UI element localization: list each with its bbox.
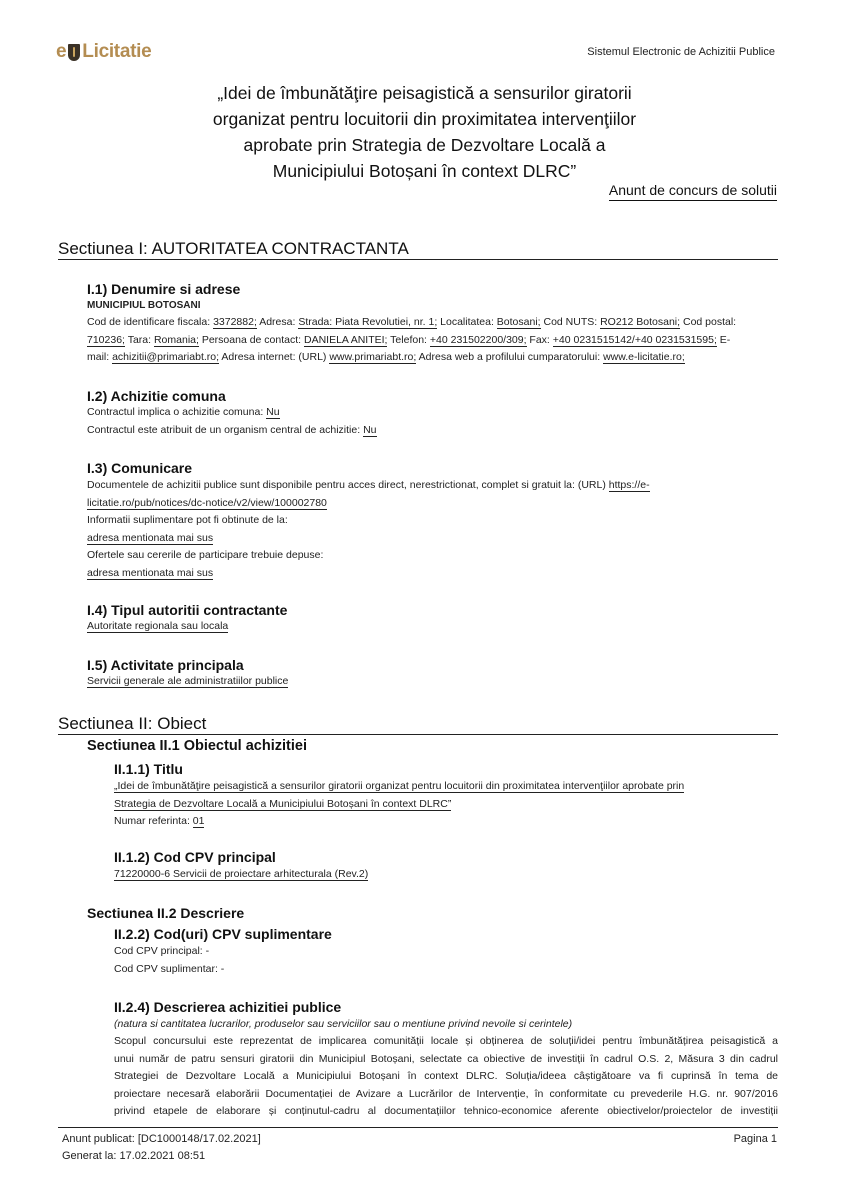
published-info: Anunt publicat: [DC1000148/17.02.2021] [62,1133,261,1145]
offers-label: Ofertele sau cererile de participare tre… [87,547,650,565]
section-2-1-title: Sectiunea II.1 Obiectul achizitiei [87,737,307,755]
authority-type: Autoritate regionala sau locala [87,620,228,633]
info-label: Informatii suplimentare pot fi obtinute … [87,512,650,530]
page-number: Pagina 1 [734,1133,777,1145]
joint-procurement: Contractul implica o achizitie comuna: N… [87,404,377,439]
joint-value: Nu [266,406,279,419]
fax-value: +40 0231515142/+40 0231531595; [553,334,717,347]
locality-label: Localitatea: [437,316,497,328]
system-title: Sistemul Electronic de Achizitii Publice [587,46,775,58]
email-link[interactable]: achizitii@primariabt.ro; [112,351,219,364]
ii24-heading: II.2.4) Descrierea achizitiei publice [114,998,341,1016]
address-value: Strada: Piata Revolutiei, nr. 1; [298,316,437,329]
central-value: Nu [363,424,376,437]
nuts-label: Cod NUTS: [541,316,601,328]
footer-divider [58,1127,778,1128]
locality-value: Botosani; [497,316,541,329]
address-label: Adresa: [257,316,298,328]
docs-label: Documentele de achizitii publice sunt di… [87,479,609,491]
logo-text: Licitatie [82,41,151,63]
i3-heading: I.3) Comunicare [87,459,192,477]
description-line: privind etapele de elaborare și conținut… [114,1103,778,1121]
ii11-heading: II.1.1) Titlu [114,760,183,778]
description-line: proiectare necesară elaborării Documenta… [114,1086,778,1104]
internet-link[interactable]: www.primariabt.ro; [329,351,416,364]
buyer-profile-link[interactable]: www.e-licitatie.ro; [603,351,685,364]
title-line: „Idei de îmbunătăţire peisagistică a sen… [0,80,849,106]
email-label: mail: [87,351,112,363]
cpv-supplementary: Cod CPV suplimentar: - [114,961,224,979]
phone-value: +40 231502200/309; [430,334,527,347]
fiscal-label: Cod de identificare fiscala: [87,316,213,328]
i1-heading: I.1) Denumire si adrese [87,280,240,298]
description-line: unui număr de patru sensuri giratorii di… [114,1051,778,1069]
country-value: Romania; [154,334,199,347]
i4-heading: I.4) Tipul autoritii contractante [87,601,287,619]
description-line: Scopul concursului este reprezentat de i… [114,1033,778,1051]
generated-at: Generat la: 17.02.2021 08:51 [62,1150,205,1162]
document-title: „Idei de îmbunătăţire peisagistică a sen… [0,80,849,184]
communication: Documentele de achizitii publice sunt di… [87,477,650,582]
cpv-main-value: 71220000-6 Servicii de proiectare arhite… [114,868,368,881]
reference-value: 01 [193,815,205,828]
i2-heading: I.2) Achizitie comuna [87,387,226,405]
joint-label: Contractul implica o achizitie comuna: [87,406,266,418]
i5-heading: I.5) Activitate principala [87,656,244,674]
info-value: adresa mentionata mai sus [87,532,213,545]
internet-label: Adresa internet: (URL) [219,351,329,363]
contract-title-line: „Idei de îmbunătăţire peisagistică a sen… [114,780,684,793]
contract-title-line: Strategia de Dezvoltare Locală a Municip… [114,798,451,811]
section-1-title: Sectiunea I: AUTORITATEA CONTRACTANTA [58,238,778,260]
phone-label: Telefon: [387,334,429,346]
offers-value: adresa mentionata mai sus [87,567,213,580]
contact-label: Persoana de contact: [199,334,304,346]
docs-link[interactable]: licitatie.ro/pub/notices/dc-notice/v2/vi… [87,497,327,510]
section-2-2-title: Sectiunea II.2 Descriere [87,904,244,922]
cpv-main: Cod CPV principal: - [114,943,224,961]
contract-title: „Idei de îmbunătăţire peisagistică a sen… [114,778,684,831]
central-label: Contractul este atribuit de un organism … [87,424,363,436]
ii22-heading: II.2.2) Cod(uri) CPV suplimentare [114,925,332,943]
email-label: E- [717,334,730,346]
reference-label: Numar referinta: [114,815,193,827]
section-2-title: Sectiunea II: Obiect [58,713,778,735]
fax-label: Fax: [527,334,553,346]
shield-icon [68,44,80,61]
postal-value: 710236; [87,334,125,347]
notice-type: Anunt de concurs de solutii [609,181,777,201]
contact-value: DANIELA ANITEI; [304,334,387,347]
description-note: (natura si cantitatea lucrarilor, produs… [114,1016,572,1034]
authority-details: Cod de identificare fiscala: 3372882; Ad… [87,314,777,367]
postal-label: Cod postal: [680,316,736,328]
docs-link[interactable]: https://e- [609,479,650,492]
supplementary-cpv: Cod CPV principal: - Cod CPV suplimentar… [114,943,224,978]
description-line: Strategiei de Dezvoltare Locală a Munici… [114,1068,778,1086]
fiscal-value: 3372882; [213,316,257,329]
nuts-value: RO212 Botosani; [600,316,680,329]
logo-prefix: e [56,41,66,63]
title-line: organizat pentru locuitorii din proximit… [0,106,849,132]
authority-name: MUNICIPIUL BOTOSANI [87,297,201,315]
ii12-heading: II.1.2) Cod CPV principal [114,848,276,866]
main-activity: Servicii generale ale administratiilor p… [87,675,288,688]
country-label: Tara: [125,334,154,346]
description-text: Scopul concursului este reprezentat de i… [114,1033,778,1121]
buyer-profile-label: Adresa web a profilului cumparatorului: [416,351,603,363]
title-line: aprobate prin Strategia de Dezvoltare Lo… [0,132,849,158]
elicitatie-logo: e Licitatie [56,41,151,63]
